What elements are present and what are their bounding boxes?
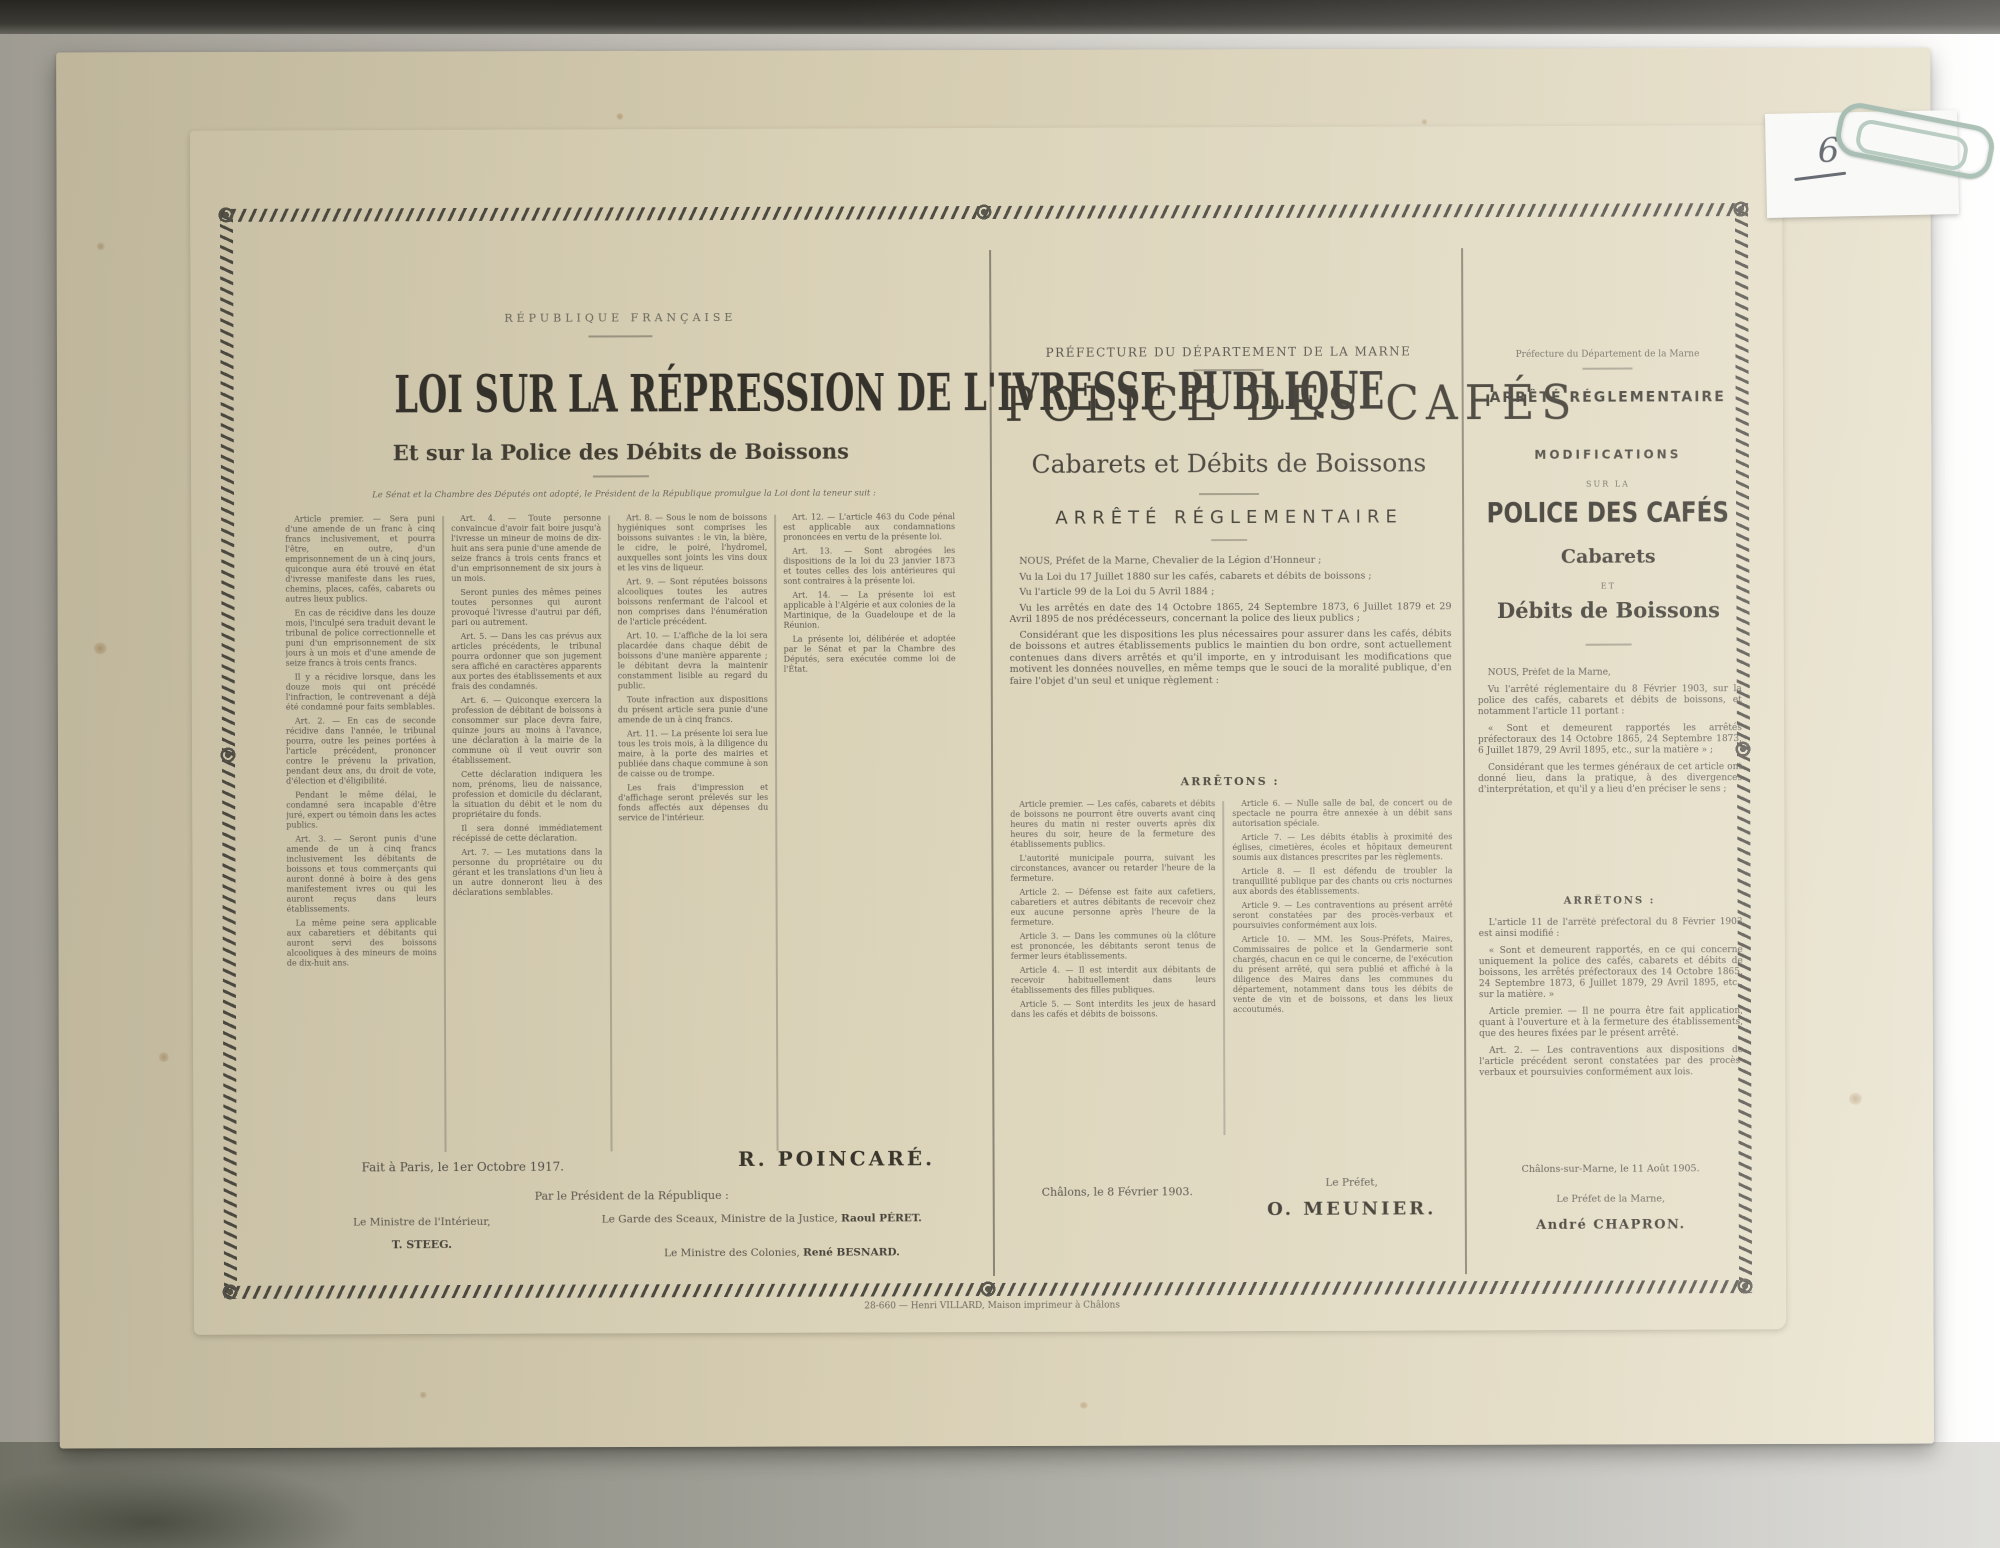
corner-medallion-icon bbox=[1735, 1276, 1755, 1296]
right-subtitle1: Cabarets bbox=[1474, 545, 1742, 568]
law-column-2: Art. 4. — Toute personne convaincue d'av… bbox=[451, 513, 603, 1154]
column-rule bbox=[442, 516, 446, 1152]
right-heading1: ARRÊTÉ RÉGLEMENTAIRE bbox=[1474, 389, 1742, 406]
edge-medallion-icon bbox=[974, 202, 994, 222]
right-subtitle2: Débits de Boissons bbox=[1474, 597, 1742, 623]
corner-medallion-icon bbox=[220, 1282, 240, 1302]
minister-colonies-title: Le Ministre des Colonies, bbox=[664, 1247, 800, 1260]
law-column-4: Art. 12. — L'article 463 du Code pénal e… bbox=[783, 512, 957, 1153]
left-subtitle: Et sur la Police des Débits de Boissons bbox=[271, 438, 971, 466]
right-date-line: Châlons-sur-Marne, le 11 Août 1905. bbox=[1477, 1163, 1745, 1175]
minister-colonies-line: Le Ministre des Colonies, René BESNARD. bbox=[582, 1246, 982, 1260]
arrete-column-2: Article 6. — Nulle salle de bal, de conc… bbox=[1232, 798, 1453, 1137]
column-rule bbox=[1222, 801, 1225, 1135]
arrete-date-line: Châlons, le 8 Février 1903. bbox=[1042, 1185, 1193, 1199]
right-body-before: NOUS, Préfet de la Marne,Vu l'arrêté rég… bbox=[1478, 667, 1743, 893]
rule bbox=[593, 475, 649, 477]
middle-subtitle: Cabarets et Débits de Boissons bbox=[1005, 448, 1453, 479]
minister-interior-title: Le Ministre de l'Intérieur, bbox=[302, 1216, 542, 1229]
poincare-signature: R. POINCARÉ. bbox=[702, 1146, 972, 1171]
rule bbox=[1583, 368, 1633, 370]
column-rule bbox=[774, 515, 778, 1151]
right-title-wrap: POLICE DES CAFÉS bbox=[1474, 497, 1742, 527]
left-title-wrap: LOI SUR LA RÉPRESSION DE L'IVRESSE PUBLI… bbox=[271, 368, 971, 420]
edge-medallion-icon bbox=[978, 1279, 998, 1299]
poster-printed-area: RÉPUBLIQUE FRANÇAISE LOI SUR LA RÉPRESSI… bbox=[0, 0, 2000, 1548]
edge-medallion-icon bbox=[218, 745, 238, 765]
arrete-reglementaire-heading: ARRÊTÉ RÉGLEMENTAIRE bbox=[1005, 506, 1453, 529]
right-arretons-heading: ARRÊTONS : bbox=[1476, 895, 1744, 907]
arrete-column-1: Article premier. — Les cafés, cabarets e… bbox=[1010, 799, 1216, 1138]
right-sur-la: SUR LA bbox=[1474, 479, 1742, 489]
chapron-signature: André CHAPRON. bbox=[1477, 1217, 1745, 1233]
right-et: ET bbox=[1474, 581, 1742, 591]
rule bbox=[1211, 539, 1247, 541]
right-title: POLICE DES CAFÉS bbox=[1487, 496, 1729, 529]
right-heading2: MODIFICATIONS bbox=[1474, 447, 1742, 462]
right-superhead: Préfecture du Département de la Marne bbox=[1473, 349, 1741, 360]
rule bbox=[1586, 644, 1632, 646]
minister-colonies-name: René BESNARD. bbox=[803, 1246, 900, 1258]
rule bbox=[588, 335, 652, 337]
left-intro-line: Le Sénat et la Chambre des Députés ont a… bbox=[289, 488, 959, 501]
photo-of-antique-poster: RÉPUBLIQUE FRANÇAISE LOI SUR LA RÉPRESSI… bbox=[0, 0, 2000, 1548]
right-body-after: L'article 11 de l'arrêté préfectoral du … bbox=[1479, 917, 1744, 1148]
rule bbox=[1194, 369, 1264, 371]
right-prefet-title: Le Préfet de la Marne, bbox=[1477, 1193, 1745, 1205]
meunier-signature: O. MEUNIER. bbox=[1242, 1198, 1462, 1220]
tag-underline-stroke bbox=[1794, 172, 1846, 181]
law-column-3: Art. 8. — Sous le nom de boissons hygién… bbox=[617, 513, 769, 1154]
middle-title-wrap: POLICE DES CAFÉS bbox=[1005, 378, 1453, 431]
arretons-heading: ARRÊTONS : bbox=[1006, 774, 1454, 789]
minister-interior-name: T. STEEG. bbox=[302, 1238, 542, 1252]
corner-medallion-icon bbox=[1731, 199, 1751, 219]
column-rule bbox=[608, 515, 612, 1151]
prefecture-heading: PRÉFECTURE DU DÉPARTEMENT DE LA MARNE bbox=[1004, 344, 1452, 360]
corner-medallion-icon bbox=[216, 205, 236, 225]
printer-imprint: 28-660 — Henri VILLARD, Maison imprimeur… bbox=[702, 1300, 1282, 1312]
middle-preamble: NOUS, Préfet de la Marne, Chevalier de l… bbox=[1009, 554, 1452, 768]
prefet-title: Le Préfet, bbox=[1272, 1176, 1432, 1189]
by-president-line: Par le Président de la République : bbox=[422, 1189, 842, 1204]
minister-justice-title: Le Garde des Sceaux, Ministre de la Just… bbox=[602, 1213, 838, 1226]
minister-justice-name: Raoul PÉRET. bbox=[841, 1212, 922, 1224]
republique-francaise-heading: RÉPUBLIQUE FRANÇAISE bbox=[270, 310, 970, 326]
rule bbox=[1199, 493, 1259, 495]
minister-justice-line: Le Garde des Sceaux, Ministre de la Just… bbox=[542, 1212, 982, 1226]
law-column-1: Article premier. — Sera puni d'une amend… bbox=[285, 514, 437, 1155]
law-date-line: Fait à Paris, le 1er Octobre 1917. bbox=[362, 1160, 565, 1175]
